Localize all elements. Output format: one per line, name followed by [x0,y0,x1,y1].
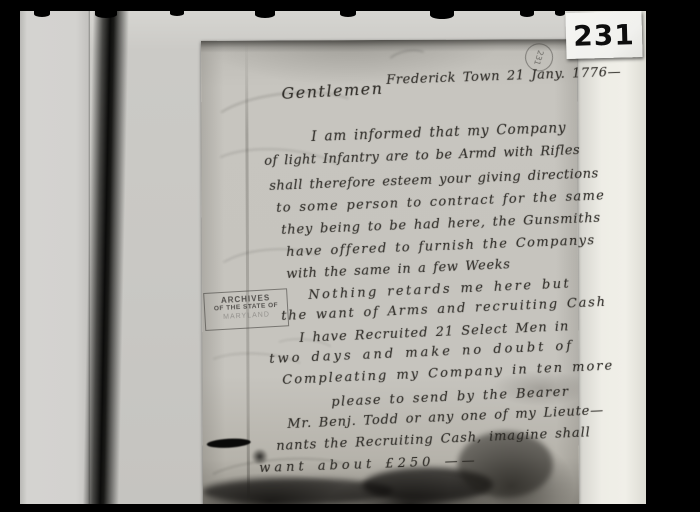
film-edge-tooth [520,11,534,17]
frame-bottom-bar [0,504,700,512]
ink-blot [207,437,251,448]
frame-top-bar [0,0,700,11]
frame-right-bar [646,0,700,512]
frame-left-bar [0,0,20,512]
film-edge-tooth [95,11,117,18]
film-edge-tooth [170,11,184,16]
archives-stamp: ARCHIVES OF THE STATE OF MARYLAND [203,288,289,331]
circular-folio-stamp-number: 231 [533,49,546,66]
film-left-strip [20,11,90,504]
film-edge-tooth [255,11,275,18]
folio-number: 231 [573,18,635,53]
film-edge-tooth [430,11,454,19]
film-edge-tooth [555,11,565,16]
folio-number-card: 231 [565,11,642,59]
film-edge-tooth [340,11,356,17]
film-edge-tooth [34,11,50,17]
